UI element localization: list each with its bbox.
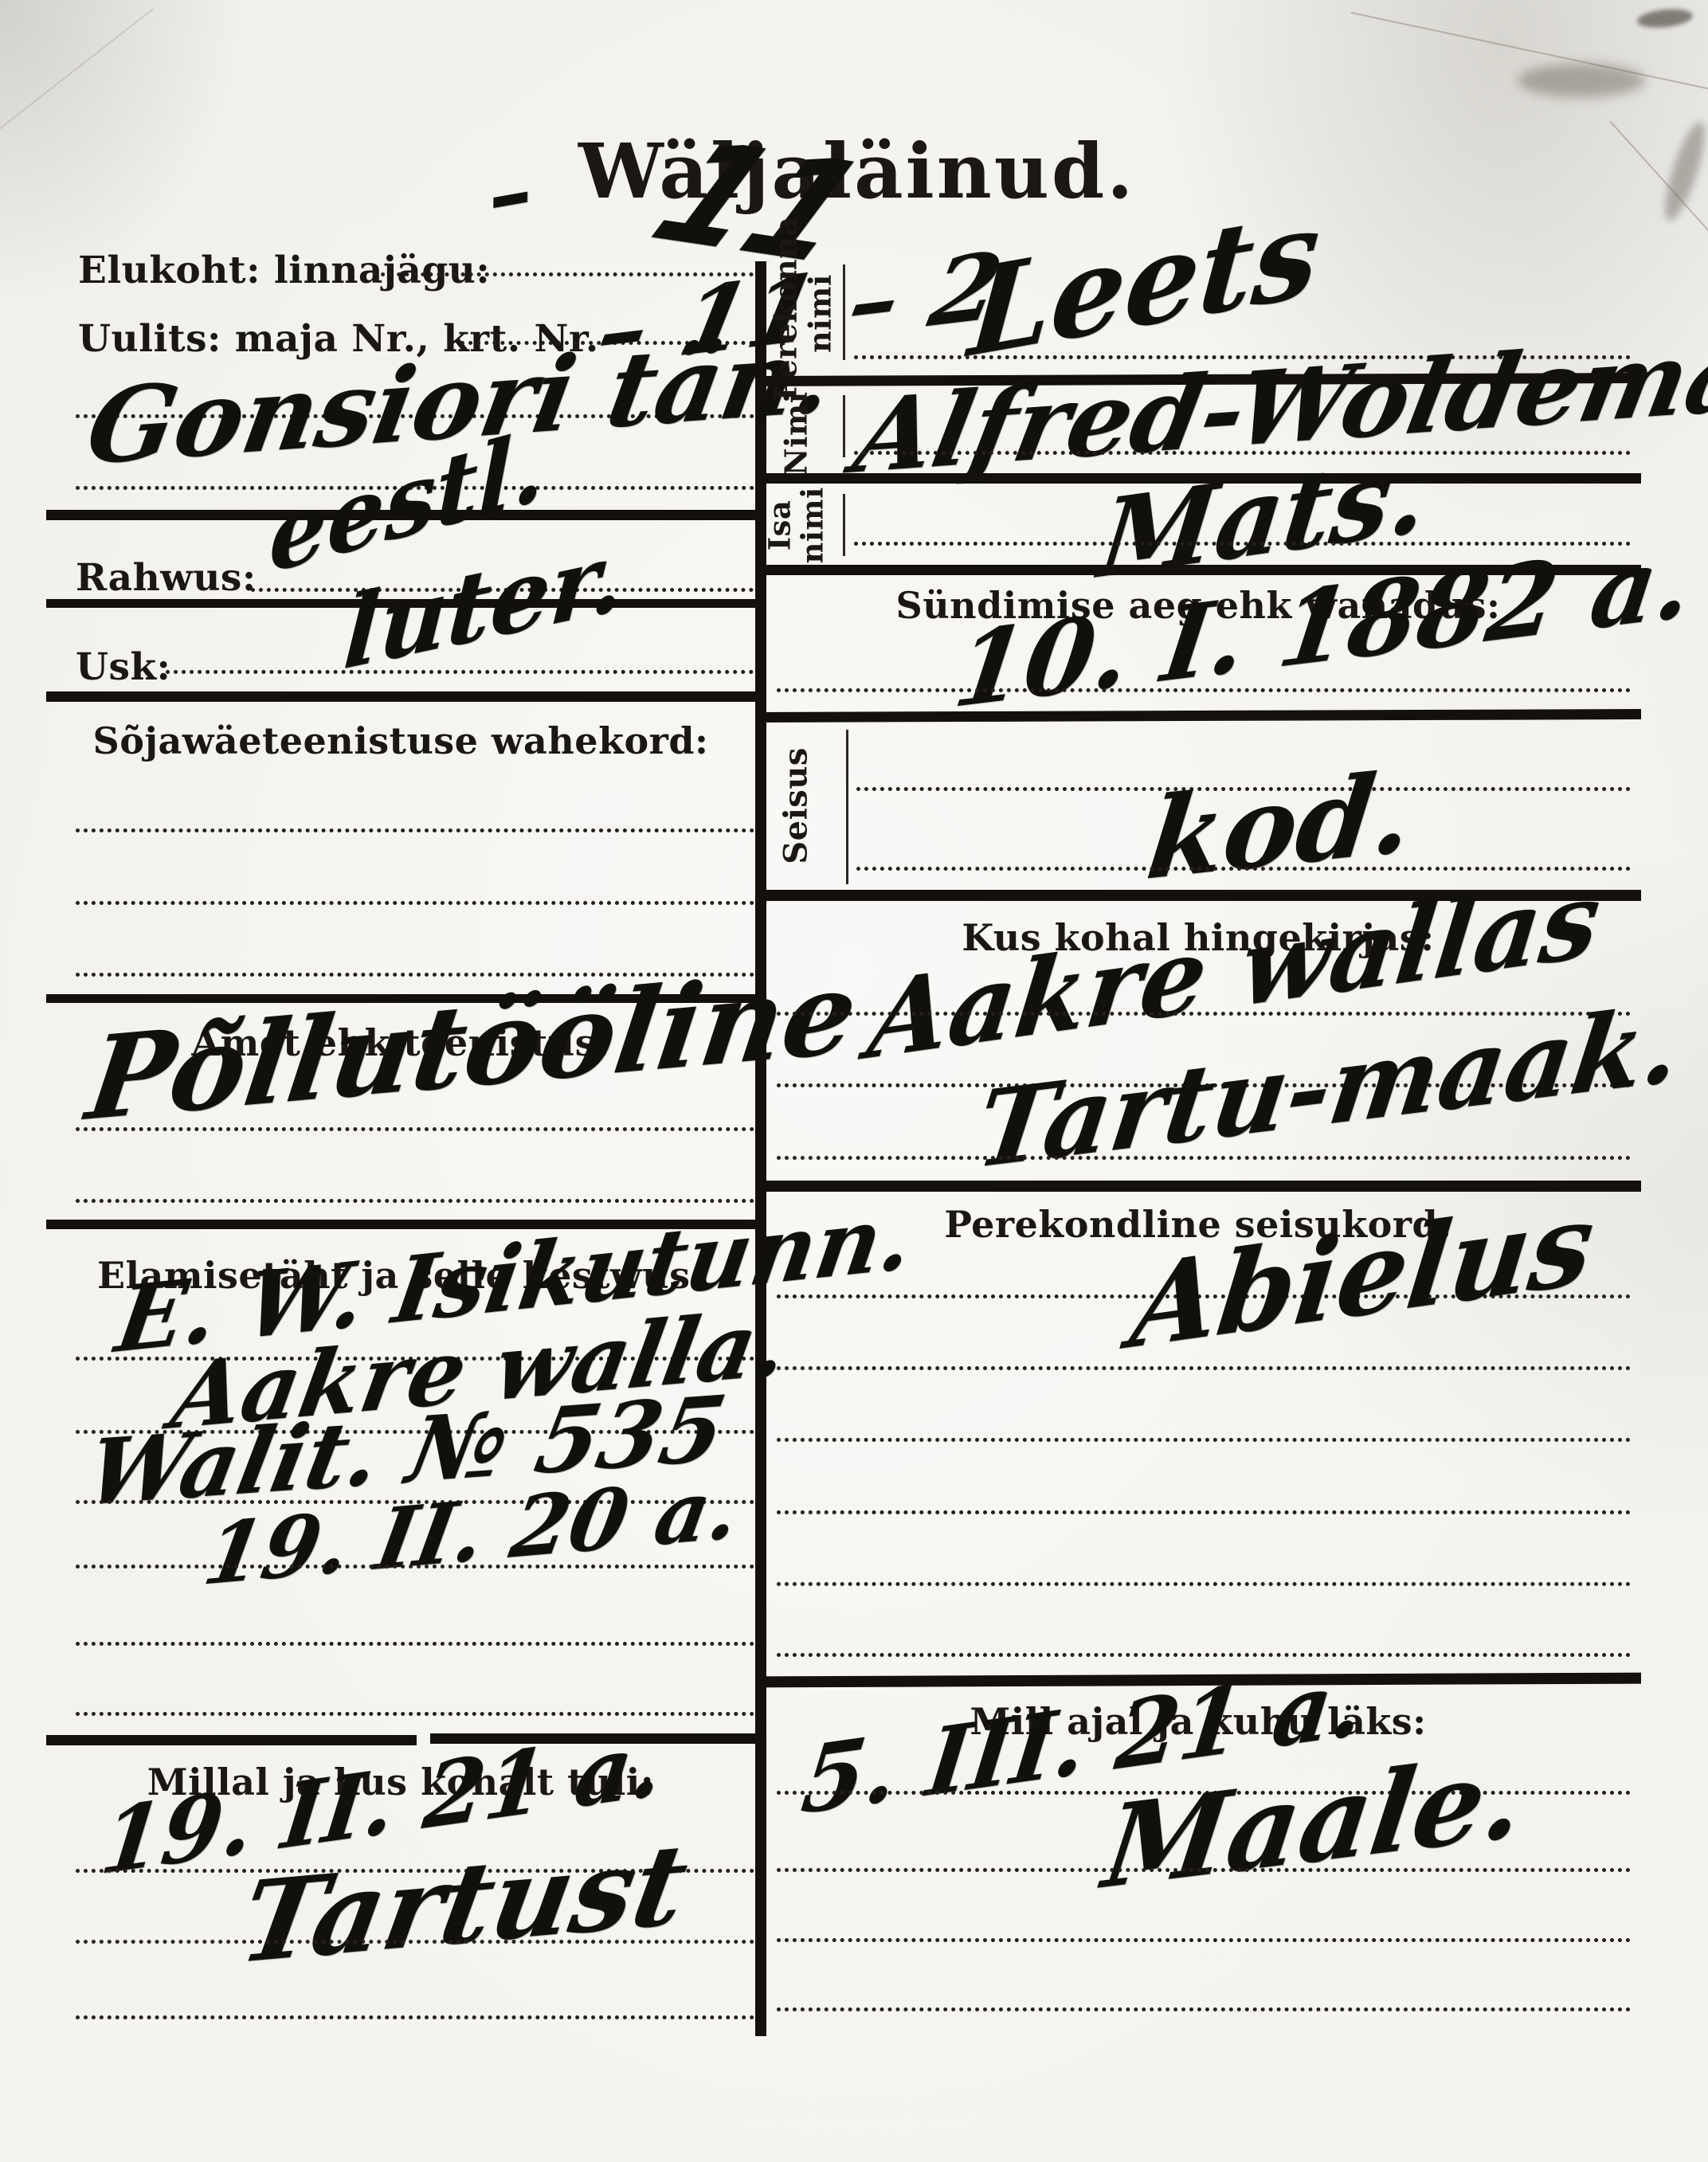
- military-label: Sõjawäeteenistuse wahekord:: [46, 719, 755, 762]
- occupation-line: [76, 1199, 754, 1203]
- family-line: [777, 1438, 1631, 1442]
- departure-line: [777, 2007, 1631, 2011]
- residence-label: Elukoht: linnajägu:: [78, 249, 490, 292]
- status-label: Seisus: [779, 722, 815, 889]
- crease-mark: [0, 8, 154, 137]
- military-line: [76, 901, 754, 905]
- status-rule: [846, 730, 848, 884]
- rule-thick: [755, 709, 1641, 723]
- family-line: [777, 1653, 1631, 1657]
- rule-thick: [46, 691, 755, 702]
- departure-line: [777, 1938, 1631, 1942]
- surname-label: Perekonna nimi: [769, 226, 836, 401]
- arrival-line: [76, 2015, 754, 2019]
- surname-rule: [843, 264, 845, 360]
- registry-line: [777, 1156, 1631, 1160]
- family-line: [777, 1366, 1631, 1370]
- nationality-label: Rahwus:: [76, 556, 257, 600]
- departure-line: [777, 1868, 1631, 1872]
- family-line: [777, 1510, 1631, 1514]
- registration-card: – Wäljaläinud. Elukoht: linnajägu: 11 Uu…: [0, 0, 1708, 2162]
- family-line: [777, 1582, 1631, 1586]
- smudge-mark: [1658, 119, 1708, 225]
- rule-thick: [46, 1735, 417, 1745]
- firstname-line: [854, 451, 1631, 455]
- status-value-handwriting: kod.: [1141, 746, 1420, 906]
- permit-line: [76, 1642, 754, 1646]
- permit-line: [76, 1565, 754, 1569]
- military-line: [76, 828, 754, 832]
- firstname-label: Nimi: [780, 386, 814, 481]
- title-dash-mark: –: [479, 138, 540, 247]
- religion-label: Usk:: [76, 645, 170, 689]
- father-rule: [843, 494, 845, 556]
- religion-line: [166, 670, 754, 674]
- arrival-line: [76, 1940, 754, 1944]
- firstname-rule: [843, 395, 845, 457]
- birth-line: [777, 688, 1631, 692]
- smudge-mark: [1518, 64, 1645, 97]
- father-label: Isa nimi: [764, 477, 830, 573]
- smudge-mark: [1636, 6, 1694, 29]
